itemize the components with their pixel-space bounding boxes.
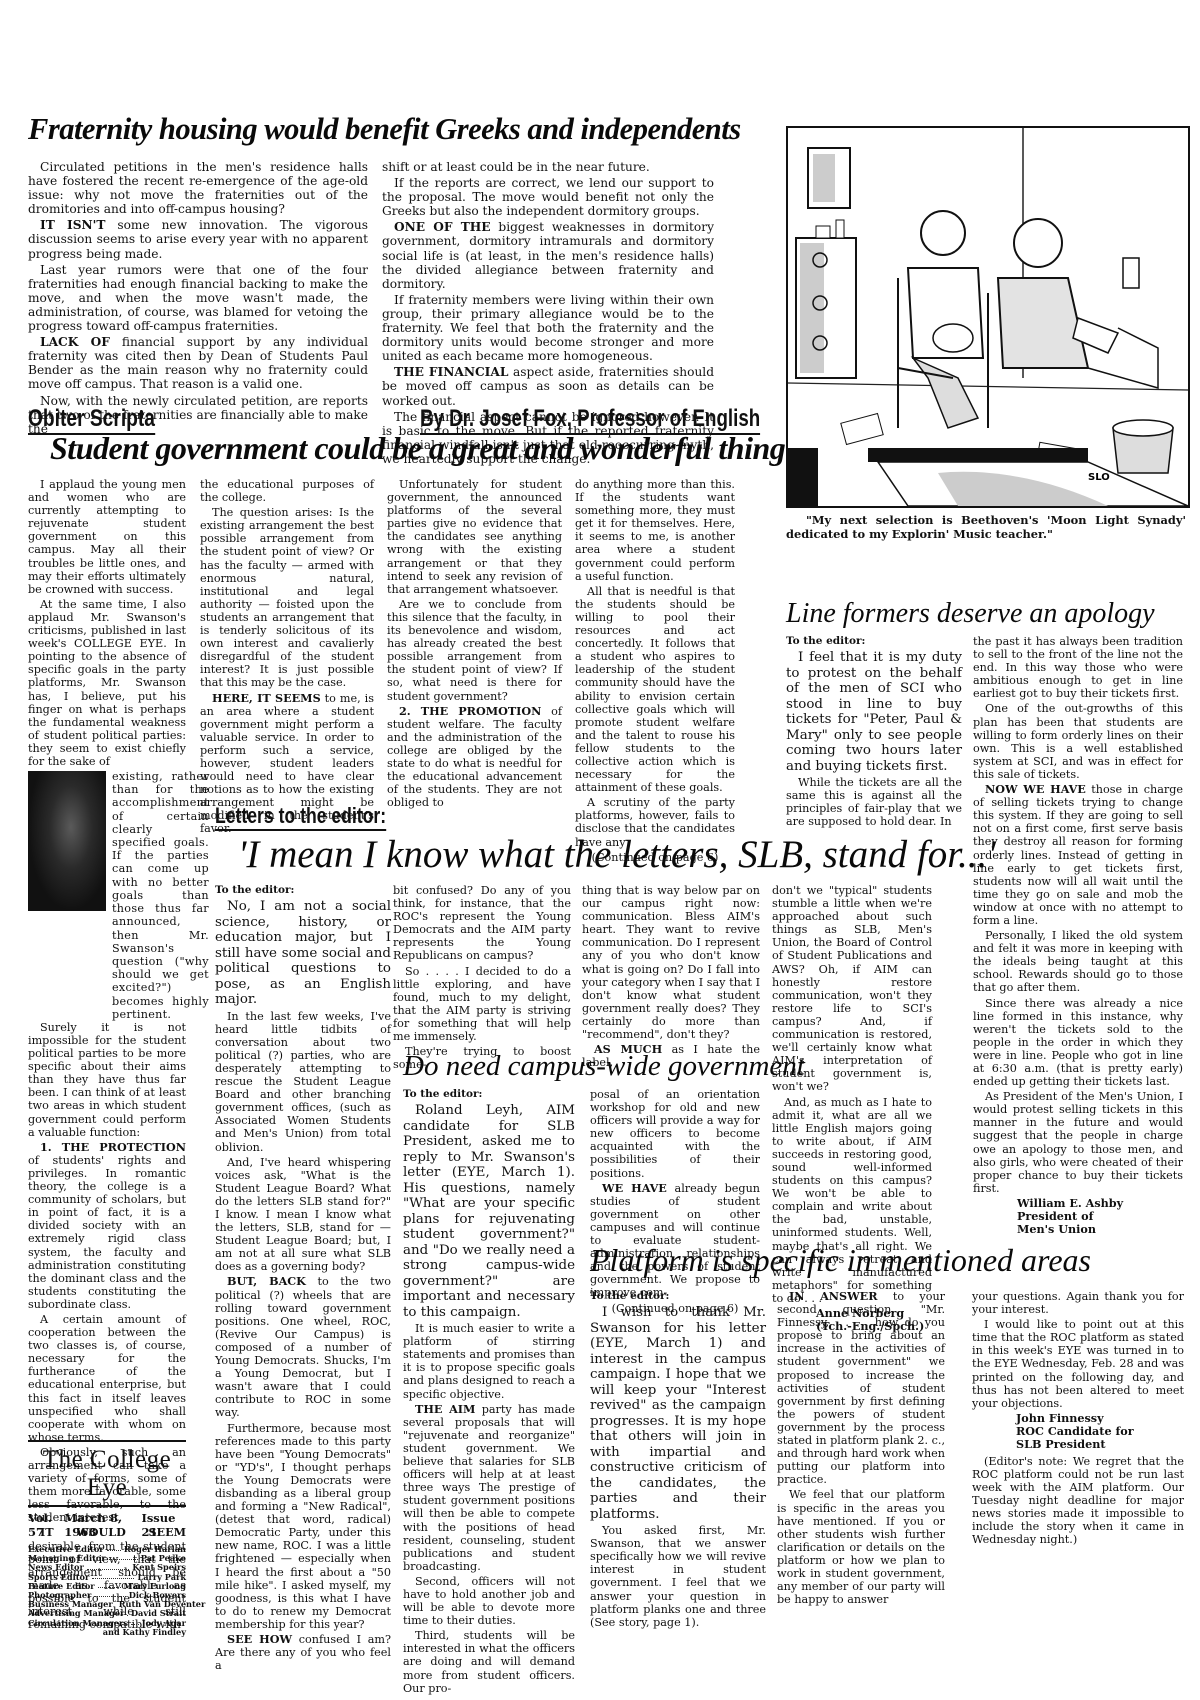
staff-row: and Kathy Findley (28, 1628, 186, 1637)
staff-name: and Kathy Findley (103, 1628, 186, 1637)
paragraph: SEE HOW confused I am? Are there any of … (215, 1633, 391, 1672)
salutation: To the editor: (403, 1088, 575, 1101)
volume: Vol. 57 (28, 1511, 64, 1539)
paragraph-lead: WE HAVE (602, 1181, 667, 1195)
student-gov-col-2: the educational purposes of the college.… (200, 478, 374, 838)
paragraph: ONE OF THE biggest weaknesses in dormito… (382, 220, 714, 290)
author-photo (28, 771, 106, 911)
paragraph-lead: ONE OF THE (394, 220, 491, 234)
paragraph-lead: THE FINANCIAL (394, 365, 508, 379)
paragraph: Roland Leyh, AIM candidate for SLB Presi… (403, 1103, 575, 1320)
paragraph: the past it has always been tradition to… (973, 635, 1183, 700)
paragraph: It is much easier to write a platform of… (403, 1322, 575, 1401)
paragraph: And, I've heard whispering voices ask, "… (215, 1156, 391, 1274)
leader-dots (131, 1619, 139, 1625)
paragraph: Surely it is not impossible for the stud… (28, 1021, 186, 1139)
paragraph: Second, officers will not have to hold a… (403, 1575, 575, 1627)
campus-gov-headline: Do need campus-wide government (403, 1050, 805, 1083)
paragraph-lead: 1. THE PROTECTION (40, 1140, 186, 1154)
paragraph: If the reports are correct, we lend our … (382, 176, 714, 218)
masthead-title: The College Eye (28, 1446, 186, 1502)
paragraph: So . . . . I decided to do a little expl… (393, 965, 571, 1044)
cartoon-panel: SLO (786, 126, 1190, 508)
paragraph: Personally, I liked the old system and f… (973, 929, 1183, 994)
paragraph: No, I am not a social science, history, … (215, 899, 391, 1008)
paragraph: I would like to point out at this time t… (972, 1318, 1184, 1410)
paragraph: bit confused? Do any of you think, for i… (393, 884, 571, 963)
campus-gov-col-1: To the editor: Roland Leyh, AIM candidat… (403, 1088, 575, 1697)
paragraph: LACK OF financial support by any individ… (28, 335, 368, 391)
paragraph-lead: IT ISN'T (40, 218, 105, 232)
paragraph: I feel that it is my duty to protest on … (786, 650, 962, 774)
paragraph: IT ISN'T some new innovation. The vigoro… (28, 218, 368, 260)
line-formers-col-2: the past it has always been tradition to… (973, 635, 1183, 1236)
paragraph: BUT, BACK to the two political (?) wheel… (215, 1275, 391, 1419)
photo-wrap-text: existing, rather than for the accomplish… (112, 770, 209, 1021)
student-gov-col-3: Unfortunately for student government, th… (387, 478, 562, 811)
paragraph: NOW WE HAVE those in charge of selling t… (973, 783, 1183, 927)
paragraph-lead: SEE HOW (227, 1632, 292, 1646)
masthead: The College Eye Vol. 57 March 8, 1963 Is… (28, 1440, 186, 1637)
student-gov-col-4: do anything more than this. If the stude… (575, 478, 735, 866)
leader-dots (94, 1591, 125, 1597)
paragraph: As President of the Men's Union, I would… (973, 1090, 1183, 1195)
letters-section-label: Letters to the editor: (215, 803, 386, 831)
paragraph: 1. THE PROTECTION of students' rights an… (28, 1141, 186, 1311)
leader-dots (127, 1609, 128, 1615)
salutation: To the editor: (215, 884, 391, 897)
paragraph: thing that is way below par on our campu… (582, 884, 760, 1041)
signature-finnessy: John FinnessyROC Candidate forSLB Presid… (972, 1412, 1184, 1451)
paragraph-lead: IN ANSWER (789, 1289, 878, 1303)
paragraph: Circulated petitions in the men's reside… (28, 160, 368, 216)
line-formers-headline: Line formers deserve an apology (786, 598, 1155, 630)
editors-note: (Editor's note: We regret that the ROC p… (972, 1455, 1184, 1547)
paragraph: In the last few weeks, I've heard little… (215, 1010, 391, 1154)
paragraph: do anything more than this. If the stude… (575, 478, 735, 583)
paragraph: At the same time, I also applaud Mr. Swa… (28, 598, 186, 768)
paragraph: We feel that our platform is specific in… (777, 1488, 945, 1606)
paragraph: Unfortunately for student government, th… (387, 478, 562, 596)
issue-line: Vol. 57 March 8, 1963 Issue 21 (28, 1511, 186, 1539)
salutation: To the editor: (590, 1290, 766, 1303)
leader-dots (109, 1554, 138, 1560)
leader-dots (87, 1563, 130, 1569)
paragraph: 2. THE PROMOTION of student welfare. The… (387, 705, 562, 810)
slb-letter-headline: 'I mean I know what the letters, SLB, st… (238, 832, 996, 877)
signature-line: William E. Ashby (1017, 1197, 1183, 1210)
paragraph: your questions. Again thank you for your… (972, 1290, 1184, 1316)
leader-dots (98, 1582, 121, 1588)
paragraph: All that is needful is that the students… (575, 585, 735, 795)
paragraph: the educational purposes of the college. (200, 478, 374, 504)
paragraph: Last year rumors were that one of the fo… (28, 263, 368, 333)
student-gov-headline: Student government could be a great and … (50, 430, 785, 467)
signature-line: John Finnessy (1016, 1412, 1184, 1425)
paragraph: IN ANSWER to your second question, "Mr. … (777, 1290, 945, 1486)
signature-line: President of (1017, 1210, 1183, 1223)
paragraph-lead: BUT, BACK (227, 1274, 306, 1288)
paragraph: THE FINANCIAL aspect aside, fraternities… (382, 365, 714, 407)
platform-col-2: IN ANSWER to your second question, "Mr. … (777, 1290, 945, 1608)
issue-number: Issue 21 (141, 1511, 186, 1539)
line-formers-col-1: To the editor: I feel that it is my duty… (786, 635, 962, 830)
paragraph: posal of an orientation workshop for old… (590, 1088, 760, 1180)
paragraph: Are we to conclude from this silence tha… (387, 598, 562, 703)
paragraph-lead: HERE, IT SEEMS (212, 691, 321, 705)
cartoon-caption: "My next selection is Beethoven's 'Moon … (786, 513, 1186, 541)
signature-ashby: William E. AshbyPresident ofMen's Union (973, 1197, 1183, 1236)
paragraph: Furthermore, because most references mad… (215, 1422, 391, 1632)
slb-col-1: To the editor: No, I am not a social sci… (215, 884, 391, 1674)
staff-list: Executive EditorRoger HarlanManaging Edi… (28, 1545, 186, 1637)
paragraph: shift or at least could be in the near f… (382, 160, 714, 174)
slb-col-3: thing that is way below par on our campu… (582, 884, 760, 1071)
leader-dots (92, 1573, 134, 1579)
paragraph-lead: 2. THE PROMOTION (399, 704, 541, 718)
campus-gov-col-2: posal of an orientation workshop for old… (590, 1088, 760, 1317)
slb-col-2: bit confused? Do any of you think, for i… (393, 884, 571, 1073)
svg-text:SLO: SLO (1088, 472, 1110, 483)
paragraph: A certain amount of cooperation between … (28, 1313, 186, 1444)
fraternity-col-1: Circulated petitions in the men's reside… (28, 160, 368, 438)
platform-col-1: To the editor: I wish to thank Mr. Swans… (590, 1290, 766, 1631)
paragraph-lead: THE AIM (415, 1402, 475, 1416)
paragraph: The question arises: Is the existing arr… (200, 506, 374, 689)
signature-line: Men's Union (1017, 1223, 1183, 1236)
paragraph: I applaud the young men and women who ar… (28, 478, 186, 596)
paragraph: If fraternity members were living within… (382, 293, 714, 363)
paragraph: WE HAVE already begun studies of student… (590, 1182, 760, 1300)
paragraph: THE AIM party has made several proposals… (403, 1403, 575, 1573)
cartoon-illustration-icon: SLO (788, 128, 1188, 506)
issue-date: March 8, 1963 (64, 1511, 141, 1539)
paragraph-lead: NOW WE HAVE (985, 782, 1086, 796)
paragraph: You asked first, Mr. Swanson, that we an… (590, 1524, 766, 1629)
paragraph: Since there was already a nice line form… (973, 997, 1183, 1089)
fraternity-headline: Fraternity housing would benefit Greeks … (28, 112, 741, 147)
platform-col-3: your questions. Again thank you for your… (972, 1290, 1184, 1549)
paragraph: I wish to thank Mr. Swanson for his lett… (590, 1305, 766, 1522)
leader-dots (107, 1545, 121, 1551)
signature-line: SLB President (1016, 1438, 1184, 1451)
salutation: To the editor: (786, 635, 962, 648)
platform-headline: Platform is specific in mentioned areas (590, 1242, 1091, 1279)
paragraph: While the tickets are all the same this … (786, 776, 962, 828)
paragraph-lead: LACK OF (40, 335, 110, 349)
paragraph: One of the out-growths of this plan has … (973, 702, 1183, 781)
signature-line: ROC Candidate for (1016, 1425, 1184, 1438)
paragraph: Third, students will be interested in wh… (403, 1629, 575, 1694)
